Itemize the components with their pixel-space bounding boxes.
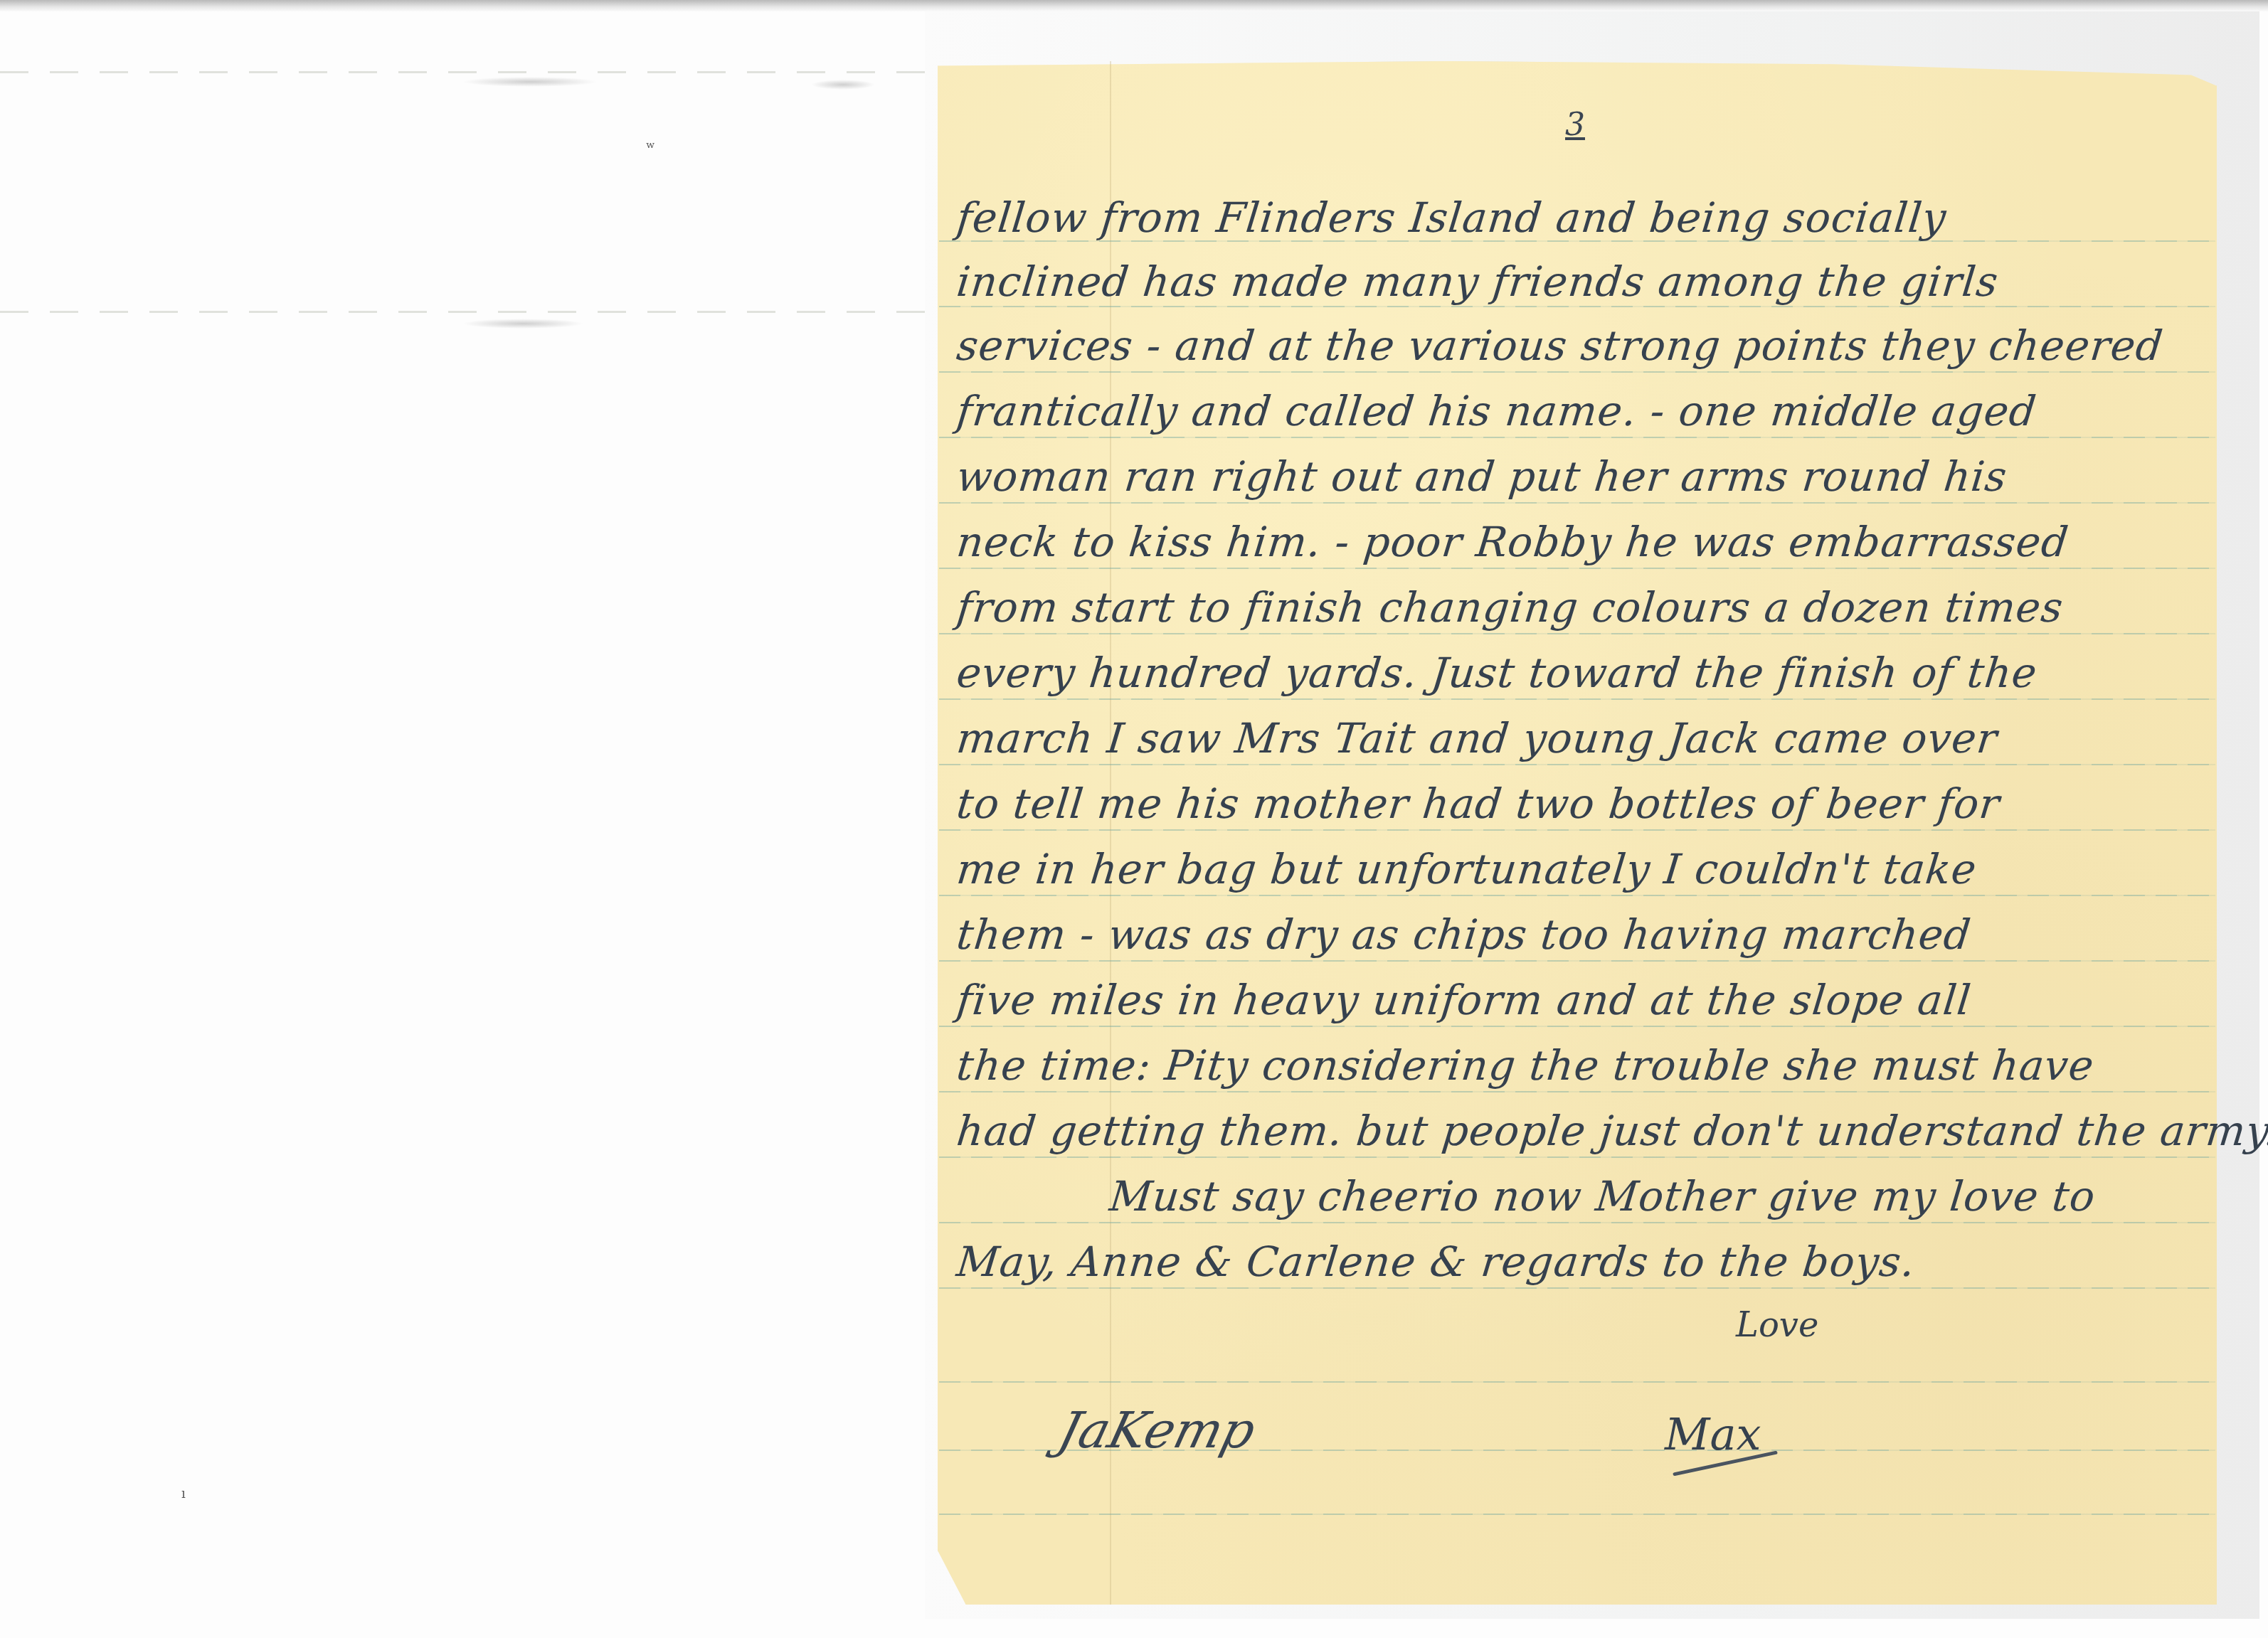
ruled-line xyxy=(939,371,2215,373)
scan-smudge xyxy=(811,80,875,90)
letter-line: neck to kiss him. - poor Robby he was em… xyxy=(954,518,2204,566)
ruled-line xyxy=(939,1091,2215,1092)
scan-smudge xyxy=(462,77,598,87)
ruled-line xyxy=(939,306,2215,307)
scan-artifact-line xyxy=(0,71,925,73)
ruled-line xyxy=(939,437,2215,438)
ruled-line xyxy=(939,1514,2215,1515)
ruled-line xyxy=(939,1026,2215,1027)
ruled-line xyxy=(939,1222,2215,1223)
letter-line: five miles in heavy uniform and at the s… xyxy=(954,976,2204,1024)
scan-smudge xyxy=(462,319,583,329)
letter-line: to tell me his mother had two bottles of… xyxy=(954,780,2204,828)
ruled-line xyxy=(939,829,2215,831)
margin-signature: JaKemp xyxy=(1053,1401,1261,1459)
scan-artifact-line xyxy=(0,311,925,313)
scanner-shadow-bar xyxy=(0,0,2268,11)
ruled-line xyxy=(939,1156,2215,1158)
letter-line: from start to finish changing colours a … xyxy=(954,583,2204,632)
ruled-line xyxy=(939,1287,2215,1289)
letter-line: me in her bag but unfortunately I couldn… xyxy=(954,845,2204,893)
ruled-line xyxy=(939,698,2215,700)
ruled-line xyxy=(939,633,2215,634)
letter-line: every hundred yards. Just toward the fin… xyxy=(954,649,2204,697)
ruled-line xyxy=(939,960,2215,962)
letter-line: May, Anne & Carlene & regards to the boy… xyxy=(954,1238,2204,1286)
letter-signature: Max xyxy=(1665,1408,1761,1460)
letter-line: the time: Pity considering the trouble s… xyxy=(954,1041,2204,1090)
letter-line: services - and at the various strong poi… xyxy=(954,321,2204,370)
letter-line: Must say cheerio now Mother give my love… xyxy=(1107,1172,2268,1220)
letter-line: fellow from Flinders Island and being so… xyxy=(954,193,2204,242)
page-number: 3 xyxy=(1565,107,1585,143)
ruled-line xyxy=(939,502,2215,504)
letter-line: had getting them. but people just don't … xyxy=(954,1107,2204,1155)
letter-line: woman ran right out and put her arms rou… xyxy=(954,452,2204,501)
letter-line: them - was as dry as chips too having ma… xyxy=(954,910,2204,959)
letter-line: inclined has made many friends among the… xyxy=(954,257,2204,306)
ruled-line xyxy=(939,568,2215,569)
ruled-line xyxy=(939,895,2215,896)
letter-line: frantically and called his name. - one m… xyxy=(954,387,2204,435)
letter-line: march I saw Mrs Tait and young Jack came… xyxy=(954,714,2204,762)
ruled-line xyxy=(939,1381,2215,1383)
ink-speck: ı xyxy=(181,1487,186,1501)
ruled-line xyxy=(939,764,2215,765)
ink-speck: ʷ xyxy=(646,139,655,157)
letter-closing: Love xyxy=(1736,1305,1818,1345)
